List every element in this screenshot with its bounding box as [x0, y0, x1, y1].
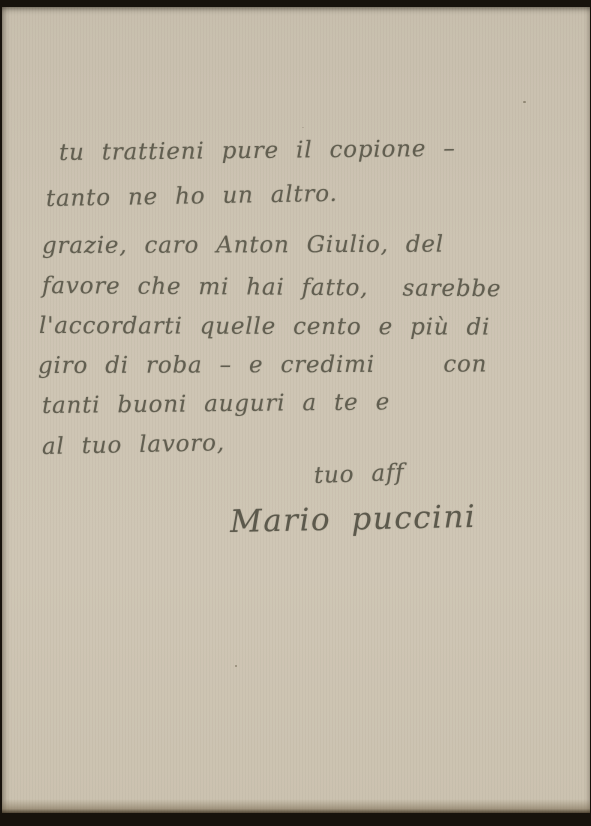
- handwritten-line: tanti buoni auguri a te e: [42, 389, 390, 419]
- handwritten-line: tu trattieni pure il copione –: [59, 136, 456, 166]
- signature: Mario puccini: [230, 499, 477, 540]
- handwritten-line: grazie, caro Anton Giulio, del: [42, 232, 444, 259]
- paper-speck: [235, 665, 237, 667]
- paper-speck: [523, 101, 526, 103]
- scanned-letter: { "letter": { "lines": [ { "text": "tu t…: [0, 0, 591, 826]
- handwritten-line: tanto ne ho un altro.: [46, 181, 338, 212]
- handwritten-line: al tuo lavoro,: [42, 430, 225, 460]
- handwritten-line: l'accordarti quelle cento e più di: [39, 313, 490, 341]
- scan-shadow: [2, 799, 590, 813]
- closing-line: tuo aff: [314, 460, 405, 489]
- handwritten-line: favore che mi hai fatto, sarebbe: [42, 273, 502, 302]
- letter-page: tu trattieni pure il copione – tanto ne …: [2, 7, 590, 813]
- handwritten-line: giro di roba – e credimi con: [38, 351, 487, 379]
- paper-speck: [302, 127, 304, 128]
